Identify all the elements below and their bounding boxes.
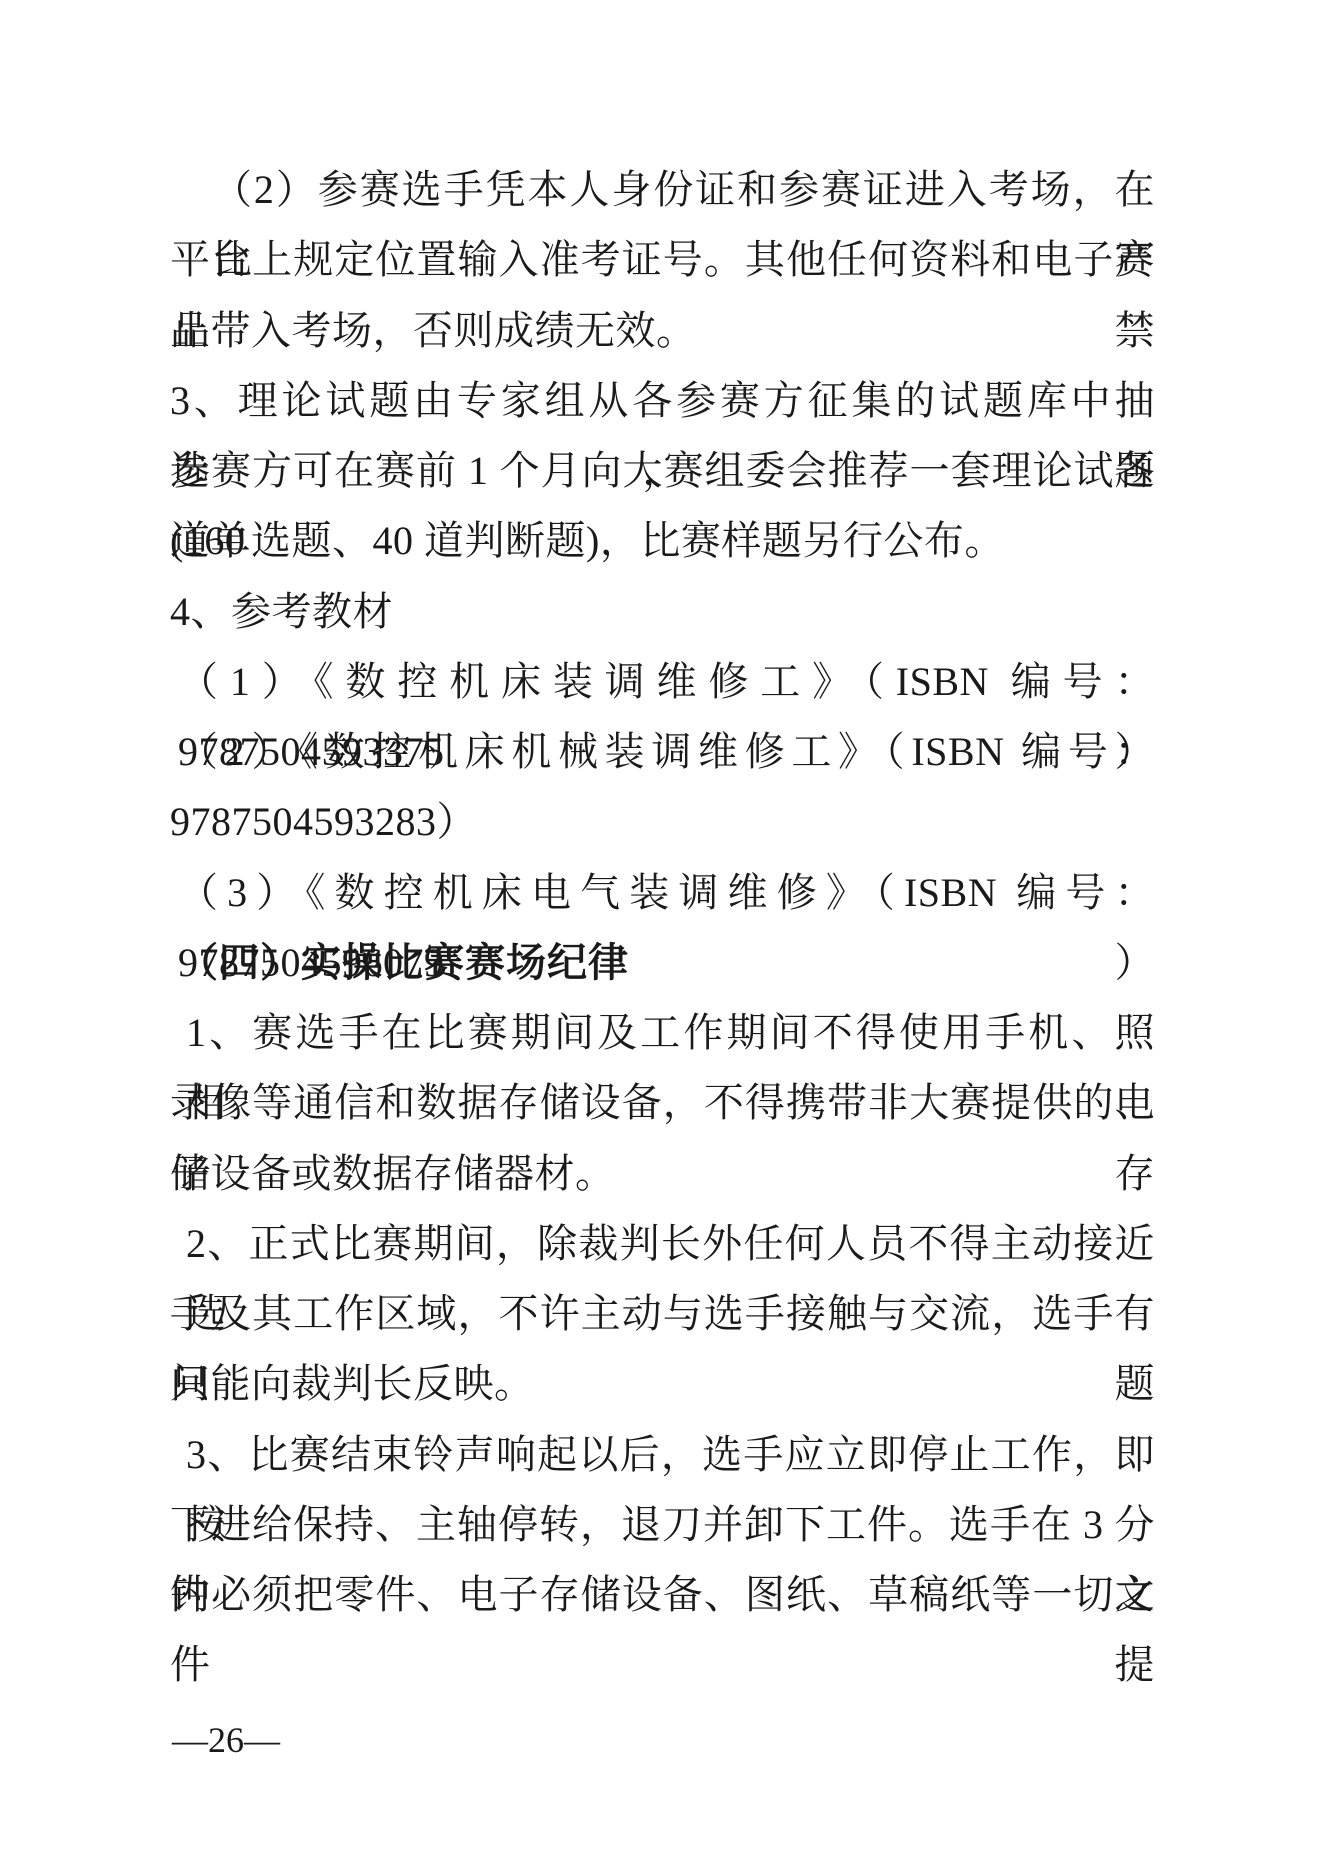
text-line: 2、正式比赛期间，除裁判长外任何人员不得主动接近选: [170, 1209, 1155, 1279]
text-line: 下进给保持、主轴停转，退刀并卸下工件。选手在 3 分钟之: [170, 1490, 1155, 1560]
text-line: 手及其工作区域，不许主动与选手接触与交流，选手有问题: [170, 1279, 1155, 1349]
text-line: 平台上规定位置输入准考证号。其他任何资料和电子产品禁: [170, 225, 1155, 295]
text-line: （2）《数控机床机械装调维修工》（ISBN 编号：: [170, 717, 1155, 787]
text-line: （3）《数控机床电气装调维修》（ISBN 编号：9787504596079）: [170, 858, 1155, 928]
text-line: （1）《数控机床装调维修工》（ISBN 编号：9787504593375）: [170, 647, 1155, 717]
text-line: 道单选题、40 道判断题)，比赛样题另行公布。: [170, 506, 1155, 576]
text-line: 录像等通信和数据存储设备，不得携带非大赛提供的电子存: [170, 1068, 1155, 1138]
text-line: 9787504593283）: [170, 787, 1155, 857]
text-line: 4、参考教材: [170, 577, 1155, 647]
page-number: —26—: [172, 1712, 280, 1768]
text-line: （2）参赛选手凭本人身份证和参赛证进入考场，在比赛: [170, 155, 1155, 225]
text-line: 参赛方可在赛前 1 个月向大赛组委会推荐一套理论试题(160: [170, 436, 1155, 506]
document-body: （2）参赛选手凭本人身份证和参赛证进入考场，在比赛 平台上规定位置输入准考证号。…: [170, 155, 1155, 1630]
document-page: （2）参赛选手凭本人身份证和参赛证进入考场，在比赛 平台上规定位置输入准考证号。…: [0, 0, 1323, 1871]
text-line: 1、赛选手在比赛期间及工作期间不得使用手机、照相、: [170, 998, 1155, 1068]
text-line: 3、理论试题由专家组从各参赛方征集的试题库中抽选，各: [170, 366, 1155, 436]
text-line: 内必须把零件、电子存储设备、图纸、草稿纸等一切文件提: [170, 1560, 1155, 1630]
text-line: 3、比赛结束铃声响起以后，选手应立即停止工作，即按: [170, 1420, 1155, 1490]
